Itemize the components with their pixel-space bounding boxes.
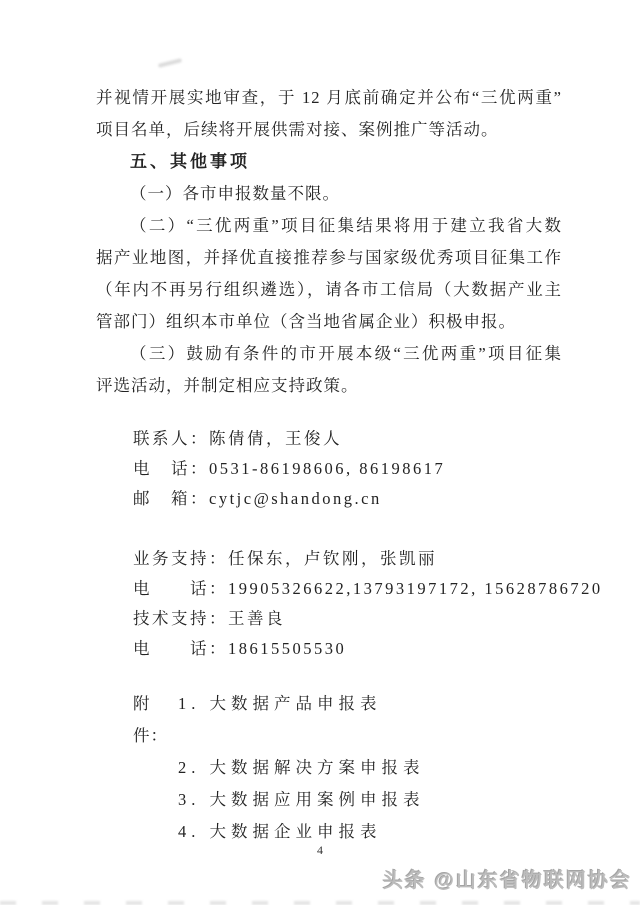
attachment-row-1: 附件： 1. 大数据产品申报表: [133, 688, 562, 752]
list-item-2-line-1: （二）“三优两重”项目征集结果将用于建立我省大数: [96, 210, 562, 242]
contact-info-block: 联系人：陈倩倩，王俊人 电 话：0531-86198606, 86198617 …: [133, 424, 562, 514]
attachment-row-3: 3. 大数据应用案例申报表: [133, 784, 562, 816]
scan-artifact-bottom-edge: [0, 901, 640, 905]
paragraph-intro-line-1: 并视情开展实地审查，于 12 月底前确定并公布“三优两重”: [96, 82, 562, 114]
business-support: 业务支持：任保东，卢钦刚，张凯丽: [133, 544, 562, 574]
attachment-row-2: 2. 大数据解决方案申报表: [133, 752, 562, 784]
technical-support-phone: 电 话：18615505530: [133, 634, 562, 664]
attachment-item-3: 3. 大数据应用案例申报表: [178, 784, 425, 816]
attachment-item-1: 1. 大数据产品申报表: [178, 688, 382, 752]
section-heading: 五、其他事项: [130, 146, 562, 178]
support-info-block: 业务支持：任保东，卢钦刚，张凯丽 电 话：19905326622,1379319…: [133, 544, 562, 664]
list-item-2-line-4: 管部门）组织本市单位（含当地省属企业）积极申报。: [96, 306, 562, 338]
toutiao-watermark: 头条 @山东省物联网协会: [383, 864, 632, 893]
list-item-2-line-3: （年内不再另行组织遴选），请各市工信局（大数据产业主: [96, 274, 562, 306]
list-item-3-line-1: （三）鼓励有条件的市开展本级“三优两重”项目征集: [96, 338, 562, 370]
attachments-block: 附件： 1. 大数据产品申报表 2. 大数据解决方案申报表 3. 大数据应用案例…: [133, 688, 562, 848]
attachments-label-spacer: [133, 752, 178, 784]
contact-email: 邮 箱：cytjc@shandong.cn: [133, 484, 562, 514]
attachments-label-spacer: [133, 784, 178, 816]
contact-phone: 电 话：0531-86198606, 86198617: [133, 454, 562, 484]
list-item-1: （一）各市申报数量不限。: [96, 178, 562, 210]
attachments-label: 附件：: [133, 688, 178, 752]
list-item-2-line-2: 据产业地图，并择优直接推荐参与国家级优秀项目征集工作: [96, 242, 562, 274]
business-support-phone: 电 话：19905326622,13793197172, 15628786720: [133, 574, 562, 604]
technical-support: 技术支持：王善良: [133, 604, 562, 634]
document-page: 并视情开展实地审查，于 12 月底前确定并公布“三优两重” 项目名单，后续将开展…: [0, 0, 640, 905]
page-number: 4: [0, 843, 640, 858]
list-item-3-line-2: 评选活动，并制定相应支持政策。: [96, 370, 562, 402]
paragraph-intro-line-2: 项目名单，后续将开展供需对接、案例推广等活动。: [96, 114, 562, 146]
attachment-item-2: 2. 大数据解决方案申报表: [178, 752, 425, 784]
contact-person: 联系人：陈倩倩，王俊人: [133, 424, 562, 454]
document-body: 并视情开展实地审查，于 12 月底前确定并公布“三优两重” 项目名单，后续将开展…: [96, 82, 562, 848]
scan-artifact-smudge: [158, 58, 182, 68]
